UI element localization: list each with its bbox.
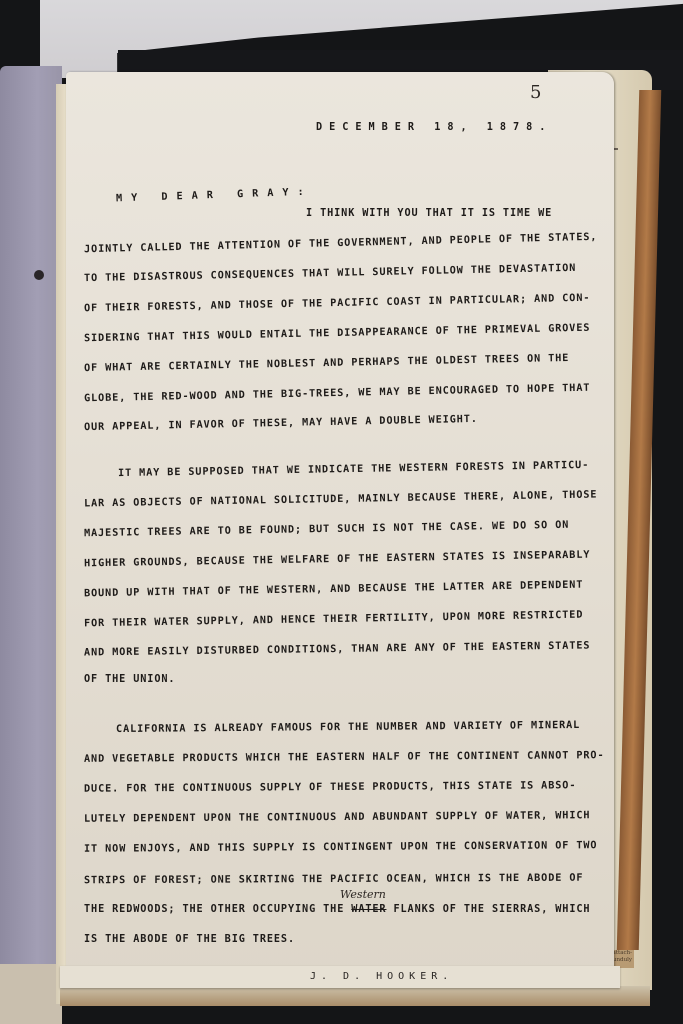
letter-line: BOUND UP WITH THAT OF THE WESTERN, AND B… xyxy=(84,580,583,600)
letter-line: IT NOW ENJOYS, AND THIS SUPPLY IS CONTIN… xyxy=(84,840,598,855)
letter-line: I THINK WITH YOU THAT IT IS TIME WE xyxy=(306,208,552,219)
salutation: MY DEAR GRAY: xyxy=(116,187,313,205)
letter-line: AND VEGETABLE PRODUCTS WHICH THE EASTERN… xyxy=(84,750,605,765)
letter-line: AND MORE EASILY DISTURBED CONDITIONS, TH… xyxy=(84,640,591,658)
letter-line: DUCE. FOR THE CONTINUOUS SUPPLY OF THESE… xyxy=(84,780,576,794)
binder-cover xyxy=(0,66,62,1024)
letter-line: OF THEIR FORESTS, AND THOSE OF THE PACIF… xyxy=(84,293,591,315)
letter-line: TO THE DISASTROUS CONSEQUENCES THAT WILL… xyxy=(84,263,576,284)
line-tail: FLANKS OF THE SIERRAS, WHICH xyxy=(386,904,590,915)
letter-line: IT MAY BE SUPPOSED THAT WE INDICATE THE … xyxy=(118,460,589,479)
letter-line: SIDERING THAT THIS WOULD ENTAIL THE DISA… xyxy=(84,323,591,345)
letter-line: OUR APPEAL, IN FAVOR OF THESE, MAY HAVE … xyxy=(84,414,478,433)
handwritten-correction: Western xyxy=(340,888,386,901)
letter-line: OF WHAT ARE CERTAINLY THE NOBLEST AND PE… xyxy=(84,353,569,374)
letter-date: DECEMBER 18, 1878. xyxy=(316,122,552,133)
signature: J. D. HOOKER. xyxy=(310,971,453,982)
line-text: THE REDWOODS; THE OTHER OCCUPYING THE xyxy=(84,904,351,915)
letter-line: LUTELY DEPENDENT UPON THE CONTINUOUS AND… xyxy=(84,810,590,825)
page-stack-edge xyxy=(60,986,650,1006)
letter-line: OF THE UNION. xyxy=(84,674,175,685)
signature-strip: J. D. HOOKER. xyxy=(60,966,620,988)
letter-line: STRIPS OF FOREST; ONE SKIRTING THE PACIF… xyxy=(84,873,583,887)
typewritten-letter: 5 DECEMBER 18, 1878. MY DEAR GRAY: I THI… xyxy=(66,72,614,984)
cover-fold xyxy=(0,964,62,1024)
letter-line: GLOBE, THE RED-WOOD AND THE BIG-TREES, W… xyxy=(84,383,591,405)
letter-line: JOINTLY CALLED THE ATTENTION OF THE GOVE… xyxy=(84,232,598,256)
letter-line: FOR THEIR WATER SUPPLY, AND HENCE THEIR … xyxy=(84,610,583,630)
letter-line: IS THE ABODE OF THE BIG TREES. xyxy=(84,934,295,945)
letter-line: LAR AS OBJECTS OF NATIONAL SOLICITUDE, M… xyxy=(84,490,598,510)
rivet-icon xyxy=(34,270,44,280)
struck-word: WATER xyxy=(351,904,386,915)
letter-line: MAJESTIC TREES ARE TO BE FOUND; BUT SUCH… xyxy=(84,520,569,539)
letter-line-with-correction: THE REDWOODS; THE OTHER OCCUPYING THE WA… xyxy=(84,904,590,915)
letter-line: CALIFORNIA IS ALREADY FAMOUS FOR THE NUM… xyxy=(116,720,580,735)
letter-line: HIGHER GROUNDS, BECAUSE THE WELFARE OF T… xyxy=(84,550,591,570)
page-number: 5 xyxy=(530,82,541,103)
